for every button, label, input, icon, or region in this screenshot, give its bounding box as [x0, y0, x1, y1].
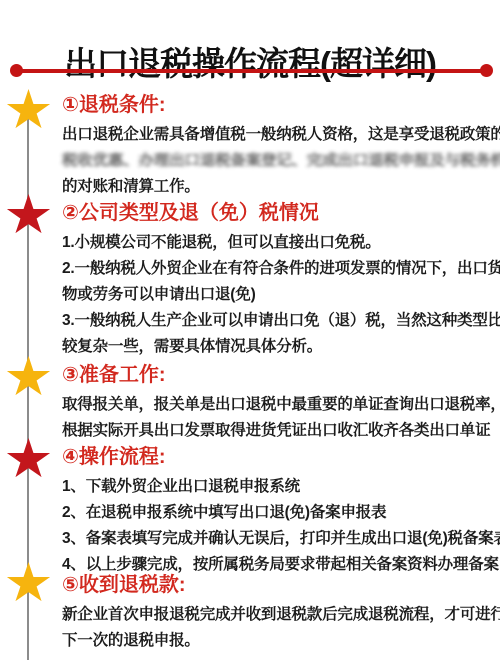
- body-line: 根据实际开具出口发票取得进货凭证出口收汇收齐各类出口单证: [62, 418, 492, 444]
- section-heading: ②公司类型及退（免）税情况: [62, 201, 492, 225]
- section-heading: ④操作流程:: [62, 445, 492, 469]
- body-line: 取得报关单，报关单是出口退税中最重要的单证查询出口退税率，: [62, 392, 492, 418]
- body-line: 3.一般纳税人生产企业可以申请出口免（退）税，当然这种类型比: [62, 308, 492, 334]
- body-line: 3、备案表填写完成并确认无误后，打印并生成出口退(免)税备案表: [62, 526, 492, 552]
- section-4: ④操作流程:1、下载外贸企业出口退税申报系统2、在退税申报系统中填写出口退(免)…: [62, 445, 492, 578]
- body-line: 较复杂一些，需要具体情况具体分析。: [62, 334, 492, 360]
- poster-page: 出口退税操作流程(超详细) ①退税条件:出口退税企业需具备增值税一般纳税人资格，…: [0, 0, 500, 660]
- section-heading: ⑤收到退税款:: [62, 573, 492, 597]
- body-line: 2.一般纳税人外贸企业在有符合条件的进项发票的情况下，出口货: [62, 256, 492, 282]
- section-3: ③准备工作:取得报关单，报关单是出口退税中最重要的单证查询出口退税率，根据实际开…: [62, 363, 492, 444]
- body-line: 物或劳务可以申请出口退(免): [62, 282, 492, 308]
- section-heading: ①退税条件:: [62, 93, 492, 117]
- sections: ①退税条件:出口退税企业需具备增值税一般纳税人资格，这是享受退税政策的税收优惠、…: [0, 0, 500, 660]
- section-5: ⑤收到退税款:新企业首次申报退税完成并收到退税款后完成退税流程，才可进行下一次的…: [62, 573, 492, 654]
- section-heading: ③准备工作:: [62, 363, 492, 387]
- section-1: ①退税条件:出口退税企业需具备增值税一般纳税人资格，这是享受退税政策的税收优惠、…: [62, 93, 492, 200]
- body-line: 1.小规模公司不能退税，但可以直接出口免税。: [62, 230, 492, 256]
- body-line: 新企业首次申报退税完成并收到退税款后完成退税流程，才可进行: [62, 602, 492, 628]
- body-line: 的对账和清算工作。: [62, 174, 492, 200]
- body-line: 出口退税企业需具备增值税一般纳税人资格，这是享受退税政策的: [62, 122, 492, 148]
- body-line: 1、下载外贸企业出口退税申报系统: [62, 474, 492, 500]
- section-2: ②公司类型及退（免）税情况1.小规模公司不能退税，但可以直接出口免税。2.一般纳…: [62, 201, 492, 360]
- body-line-blurred: 税收优惠、办理出口退税备案登记、完成出口退税申报及与税务机关: [62, 149, 492, 174]
- body-line: 下一次的退税申报。: [62, 628, 492, 654]
- body-line: 2、在退税申报系统中填写出口退(免)备案申报表: [62, 500, 492, 526]
